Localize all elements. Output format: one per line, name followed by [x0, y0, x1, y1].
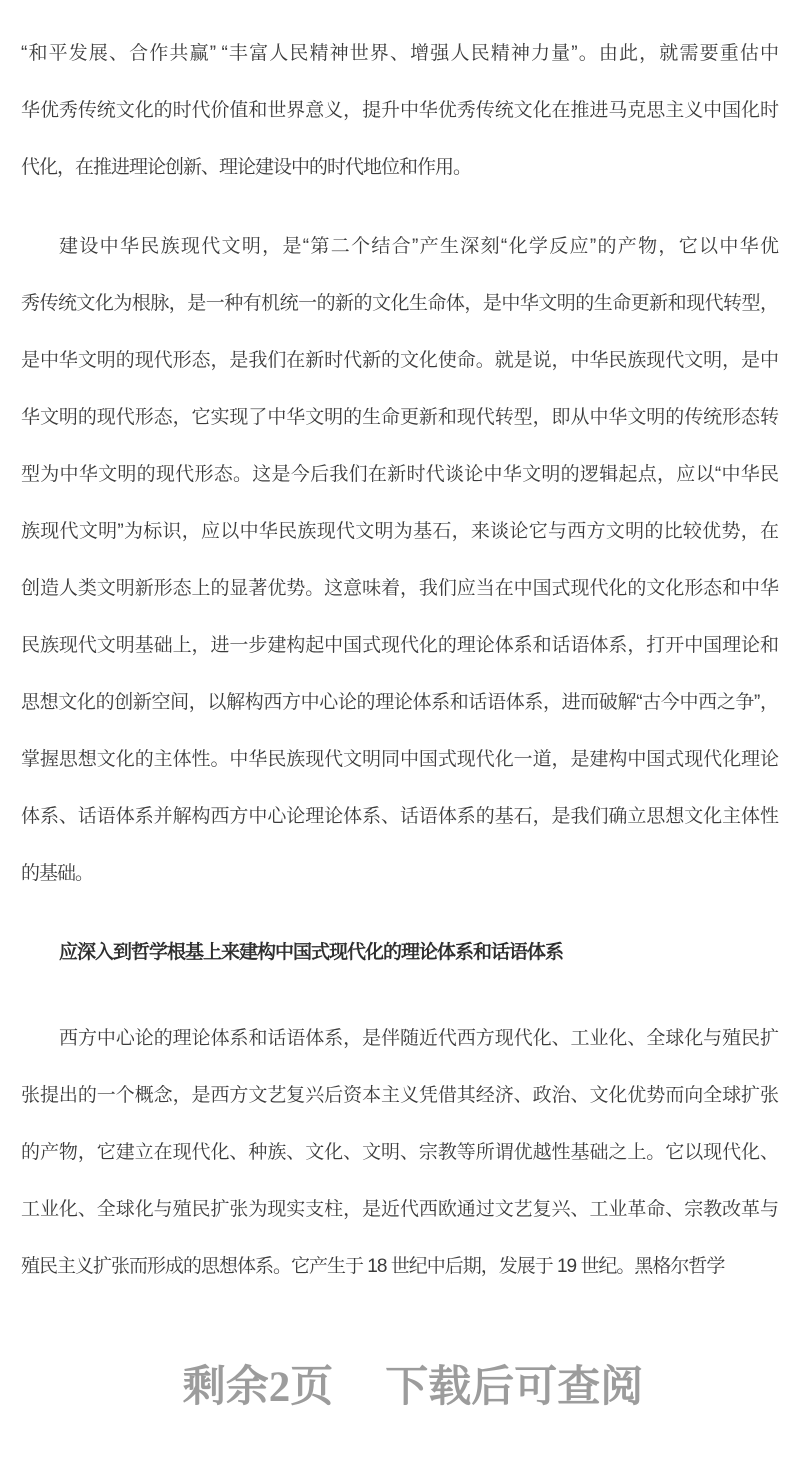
- pagination-notice: 剩余2页下载后可查阅: [13, 1358, 800, 1418]
- text-line: 的产物，它建立在现代化、种族、文化、文明、宗教等所谓优越性基础之上。它以现代化、: [21, 1124, 778, 1181]
- document-page: “和平发展、合作共赢” “丰富人民精神世界、增强人民精神力量”。由此，就需要重估…: [0, 0, 800, 1471]
- text-line: 是中华文明的现代形态，是我们在新时代新的文化使命。就是说，中华民族现代文明，是中: [21, 332, 778, 389]
- text-line: 秀传统文化为根脉，是一种有机统一的新的文化生命体，是中华文明的生命更新和现代转型…: [21, 275, 778, 332]
- text-line: 创造人类文明新形态上的显著优势。这意味着，我们应当在中国式现代化的文化形态和中华: [21, 560, 778, 617]
- document-content: “和平发展、合作共赢” “丰富人民精神世界、增强人民精神力量”。由此，就需要重估…: [21, 25, 778, 1317]
- section-heading: 应深入到哲学根基上来建构中国式现代化的理论体系和话语体系: [21, 924, 778, 981]
- text-line: “和平发展、合作共赢” “丰富人民精神世界、增强人民精神力量”。由此，就需要重估…: [21, 25, 778, 82]
- text-line: 族现代文明”为标识，应以中华民族现代文明为基石，来谈论它与西方文明的比较优势，在: [21, 503, 778, 560]
- text-line: 型为中华文明的现代形态。这是今后我们在新时代谈论中华文明的逻辑起点，应以“中华民: [21, 446, 778, 503]
- remaining-pages-label: 剩余2页: [183, 1364, 334, 1411]
- text-line: 张提出的一个概念，是西方文艺复兴后资本主义凭借其经济、政治、文化优势而向全球扩张: [21, 1067, 778, 1124]
- text-line: 殖民主义扩张而形成的思想体系。它产生于 18 世纪中后期，发展于 19 世纪。黑…: [21, 1238, 778, 1295]
- paragraph: “和平发展、合作共赢” “丰富人民精神世界、增强人民精神力量”。由此，就需要重估…: [21, 25, 778, 196]
- download-hint-label: 下载后可查阅: [385, 1364, 643, 1411]
- text-line: 代化，在推进理论创新、理论建设中的时代地位和作用。: [21, 139, 778, 196]
- text-line: 工业化、全球化与殖民扩张为现实支柱，是近代西欧通过文艺复兴、工业革命、宗教改革与: [21, 1181, 778, 1238]
- text-line: 西方中心论的理论体系和话语体系，是伴随近代西方现代化、工业化、全球化与殖民扩: [21, 1010, 778, 1067]
- heading-line: 应深入到哲学根基上来建构中国式现代化的理论体系和话语体系: [21, 924, 778, 981]
- text-line: 掌握思想文化的主体性。中华民族现代文明同中国式现代化一道，是建构中国式现代化理论: [21, 731, 778, 788]
- text-line: 体系、话语体系并解构西方中心论理论体系、话语体系的基石，是我们确立思想文化主体性: [21, 788, 778, 845]
- text-line: 的基础。: [21, 845, 778, 902]
- text-line: 民族现代文明基础上，进一步建构起中国式现代化的理论体系和话语体系，打开中国理论和: [21, 617, 778, 674]
- text-line: 建设中华民族现代文明，是“第二个结合”产生深刻“化学反应”的产物，它以中华优: [21, 218, 778, 275]
- text-line: 思想文化的创新空间，以解构西方中心论的理论体系和话语体系，进而破解“古今中西之争…: [21, 674, 778, 731]
- paragraph: 西方中心论的理论体系和话语体系，是伴随近代西方现代化、工业化、全球化与殖民扩张提…: [21, 1010, 778, 1295]
- paragraph: 建设中华民族现代文明，是“第二个结合”产生深刻“化学反应”的产物，它以中华优秀传…: [21, 218, 778, 902]
- text-line: 华优秀传统文化的时代价值和世界意义，提升中华优秀传统文化在推进马克思主义中国化时: [21, 82, 778, 139]
- text-line: 华文明的现代形态，它实现了中华文明的生命更新和现代转型，即从中华文明的传统形态转: [21, 389, 778, 446]
